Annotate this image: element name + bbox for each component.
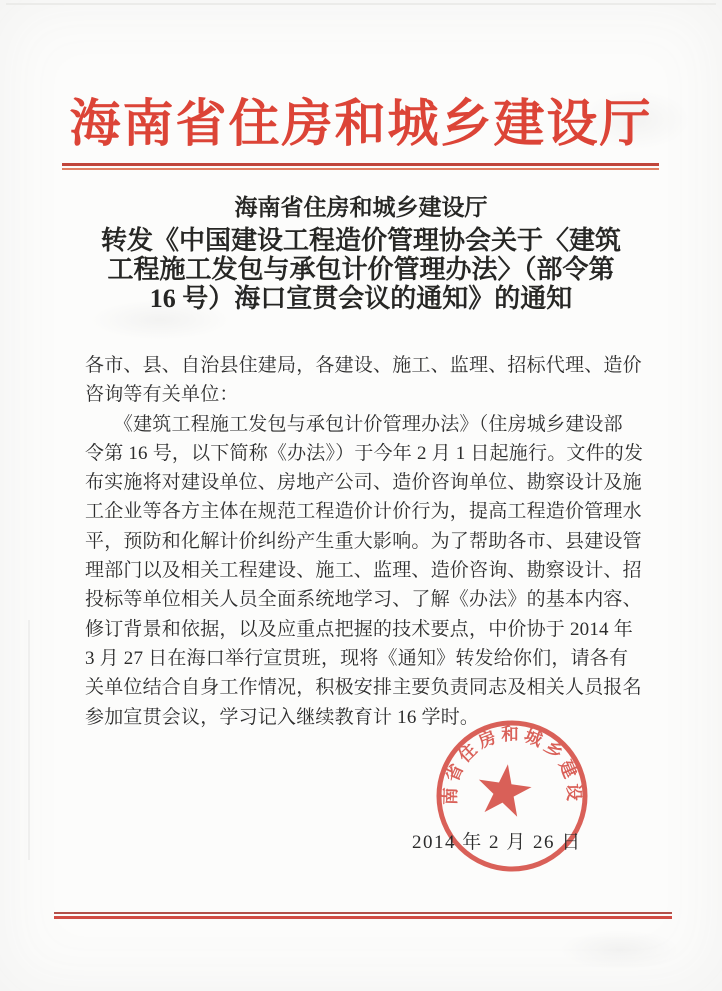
- document-title: 海南省住房和城乡建设厅 转发《中国建设工程造价管理协会关于〈建筑 工程施工发包与…: [40, 193, 682, 313]
- masthead-rule: [62, 163, 659, 170]
- footer-rule: [54, 912, 672, 919]
- scan-smudge: [560, 930, 680, 970]
- body-line: 咨询等有关单位：: [85, 380, 645, 409]
- body-line: 关单位结合自身工作情况，积极安排主要负责同志及相关人员报名: [85, 673, 645, 702]
- footer-rule-light-line: [54, 916, 672, 919]
- body-text: 各市、县、自治县住建局，各建设、施工、监理、招标代理、造价咨询等有关单位： 《建…: [85, 351, 645, 732]
- document-title-line: 转发《中国建设工程造价管理协会关于〈建筑: [40, 226, 682, 255]
- scanned-notice-page: 海南省住房和城乡建设厅 海南省住房和城乡建设厅 转发《中国建设工程造价管理协会关…: [0, 0, 722, 991]
- scan-artifact-left-edge: [28, 620, 30, 860]
- official-seal: 海南省住房和城乡建设厅: [428, 712, 596, 880]
- body-line: 平，预防和化解计价纠纷产生重大影响。为了帮助各市、县建设管: [85, 527, 645, 556]
- scan-artifact-top-edge: [6, 3, 716, 5]
- document-title-line: 16 号）海口宣贯会议的通知》的通知: [40, 284, 682, 313]
- agency-masthead: 海南省住房和城乡建设厅: [0, 94, 722, 156]
- star-icon: [474, 761, 534, 819]
- issue-date: 2014 年 2 月 26 日: [412, 827, 582, 854]
- body-line: 各市、县、自治县住建局，各建设、施工、监理、招标代理、造价: [85, 351, 645, 380]
- document-title-line: 海南省住房和城乡建设厅: [40, 193, 682, 223]
- document-title-line: 工程施工发包与承包计价管理办法〉（部令第: [40, 255, 682, 284]
- body-line: 工企业等各方主体在规范工程造价计价行为，提高工程造价管理水: [85, 497, 645, 526]
- masthead-rule-light-line: [62, 168, 659, 170]
- body-line: 理部门以及相关工程建设、施工、监理、造价咨询、勘察设计、招: [85, 556, 645, 585]
- body-line: 《建筑工程施工发包与承包计价管理办法》（住房城乡建设部: [85, 410, 645, 439]
- body-line: 布实施将对建设单位、房地产公司、造价咨询单位、勘察设计及施: [85, 468, 645, 497]
- body-line: 3 月 27 日在海口举行宣贯班，现将《通知》转发给你们，请各有: [85, 644, 645, 673]
- body-line: 令第 16 号，以下简称《办法》）于今年 2 月 1 日起施行。文件的发: [85, 439, 645, 468]
- body-line: 投标等单位相关人员全面系统地学习、了解《办法》的基本内容、: [85, 585, 645, 614]
- body-line: 修订背景和依据，以及应重点把握的技术要点，中价协于 2014 年: [85, 615, 645, 644]
